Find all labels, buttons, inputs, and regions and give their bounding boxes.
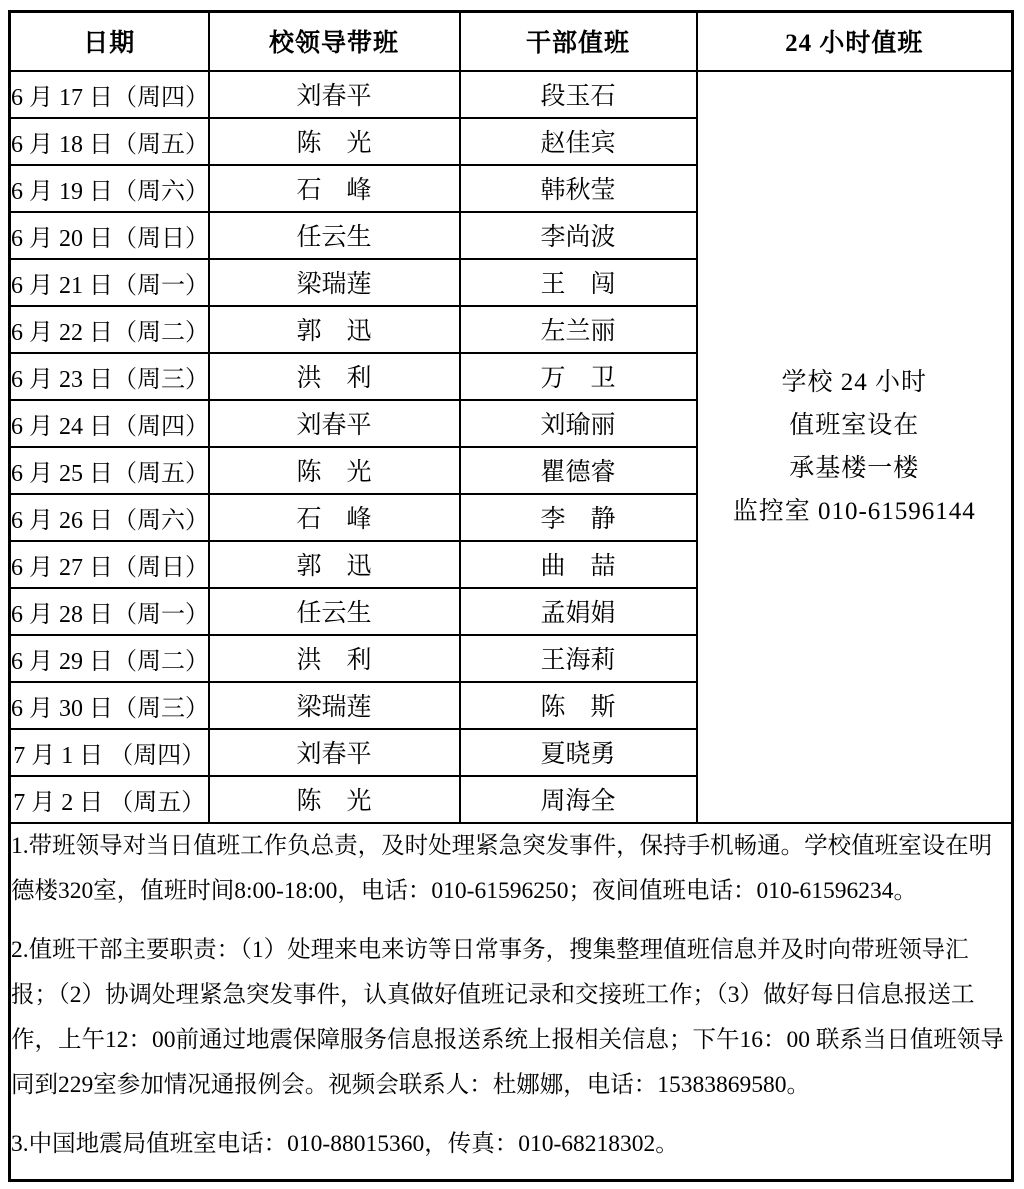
date-cell: 6 月 19 日（周六） <box>10 165 209 212</box>
leader-name-cell: 梁瑞莲 <box>209 259 460 306</box>
leader-name-cell: 陈 光 <box>209 118 460 165</box>
column-header-date: 日期 <box>10 12 209 71</box>
note-paragraph-1: 1.带班领导对当日值班工作负总责，及时处理紧急突发事件，保持手机畅通。学校值班室… <box>11 824 1011 914</box>
column-header-leader: 校领导带班 <box>209 12 460 71</box>
date-cell: 6 月 29 日（周二） <box>10 635 209 682</box>
cadre-name-cell: 陈 斯 <box>460 682 697 729</box>
duty-schedule-sheet: 日期 校领导带班 干部值班 24 小时值班 6 月 17 日（周四） 刘春平 段… <box>8 10 1014 1182</box>
leader-name-cell: 任云生 <box>209 588 460 635</box>
leader-name-cell: 石 峰 <box>209 494 460 541</box>
note-paragraph-2: 2.值班干部主要职责：（1）处理来电来访等日常事务，搜集整理值班信息并及时向带班… <box>11 928 1011 1108</box>
leader-name-cell: 梁瑞莲 <box>209 682 460 729</box>
leader-name-cell: 洪 利 <box>209 635 460 682</box>
cadre-name-cell: 孟娟娟 <box>460 588 697 635</box>
leader-name-cell: 郭 迅 <box>209 541 460 588</box>
date-cell: 6 月 26 日（周六） <box>10 494 209 541</box>
notes-row: 1.带班领导对当日值班工作负总责，及时处理紧急突发事件，保持手机畅通。学校值班室… <box>10 823 1013 1181</box>
leader-name-cell: 刘春平 <box>209 729 460 776</box>
date-cell: 6 月 22 日（周二） <box>10 306 209 353</box>
cadre-name-cell: 瞿德睿 <box>460 447 697 494</box>
cadre-name-cell: 周海全 <box>460 776 697 823</box>
date-cell: 6 月 28 日（周一） <box>10 588 209 635</box>
table-row: 6 月 17 日（周四） 刘春平 段玉石 学校 24 小时 值班室设在 承基楼一… <box>10 71 1013 118</box>
leader-name-cell: 洪 利 <box>209 353 460 400</box>
date-cell: 6 月 23 日（周三） <box>10 353 209 400</box>
date-cell: 7 月 2 日 （周五） <box>10 776 209 823</box>
date-cell: 6 月 18 日（周五） <box>10 118 209 165</box>
date-cell: 6 月 24 日（周四） <box>10 400 209 447</box>
cadre-name-cell: 王海莉 <box>460 635 697 682</box>
cadre-name-cell: 王 闯 <box>460 259 697 306</box>
duty-schedule-table: 日期 校领导带班 干部值班 24 小时值班 6 月 17 日（周四） 刘春平 段… <box>8 10 1014 1182</box>
duty24-line: 学校 24 小时 <box>698 370 1012 395</box>
column-header-duty24: 24 小时值班 <box>697 12 1013 71</box>
leader-name-cell: 石 峰 <box>209 165 460 212</box>
cadre-name-cell: 万 卫 <box>460 353 697 400</box>
note-paragraph-3: 3.中国地震局值班室电话：010-88015360，传真：010-6821830… <box>11 1122 1011 1167</box>
cadre-name-cell: 刘瑜丽 <box>460 400 697 447</box>
date-cell: 6 月 30 日（周三） <box>10 682 209 729</box>
leader-name-cell: 郭 迅 <box>209 306 460 353</box>
date-cell: 6 月 25 日（周五） <box>10 447 209 494</box>
leader-name-cell: 刘春平 <box>209 71 460 118</box>
cadre-name-cell: 段玉石 <box>460 71 697 118</box>
leader-name-cell: 任云生 <box>209 212 460 259</box>
notes-cell: 1.带班领导对当日值班工作负总责，及时处理紧急突发事件，保持手机畅通。学校值班室… <box>10 823 1013 1181</box>
date-cell: 6 月 27 日（周日） <box>10 541 209 588</box>
date-cell: 6 月 21 日（周一） <box>10 259 209 306</box>
date-cell: 6 月 17 日（周四） <box>10 71 209 118</box>
duty24-line: 承基楼一楼 <box>698 456 1012 481</box>
date-cell: 6 月 20 日（周日） <box>10 212 209 259</box>
leader-name-cell: 陈 光 <box>209 776 460 823</box>
cadre-name-cell: 李尚波 <box>460 212 697 259</box>
cadre-name-cell: 曲 喆 <box>460 541 697 588</box>
duty24-line: 值班室设在 <box>698 413 1012 438</box>
cadre-name-cell: 李 静 <box>460 494 697 541</box>
cadre-name-cell: 韩秋莹 <box>460 165 697 212</box>
leader-name-cell: 陈 光 <box>209 447 460 494</box>
leader-name-cell: 刘春平 <box>209 400 460 447</box>
cadre-name-cell: 赵佳宾 <box>460 118 697 165</box>
cadre-name-cell: 左兰丽 <box>460 306 697 353</box>
cadre-name-cell: 夏晓勇 <box>460 729 697 776</box>
duty24-phone-line: 监控室 010-61596144 <box>698 499 1012 524</box>
column-header-cadre: 干部值班 <box>460 12 697 71</box>
date-cell: 7 月 1 日 （周四） <box>10 729 209 776</box>
document-page: 日期 校领导带班 干部值班 24 小时值班 6 月 17 日（周四） 刘春平 段… <box>0 0 1024 1189</box>
header-row: 日期 校领导带班 干部值班 24 小时值班 <box>10 12 1013 71</box>
duty24-merged-cell: 学校 24 小时 值班室设在 承基楼一楼 监控室 010-61596144 <box>697 71 1013 823</box>
